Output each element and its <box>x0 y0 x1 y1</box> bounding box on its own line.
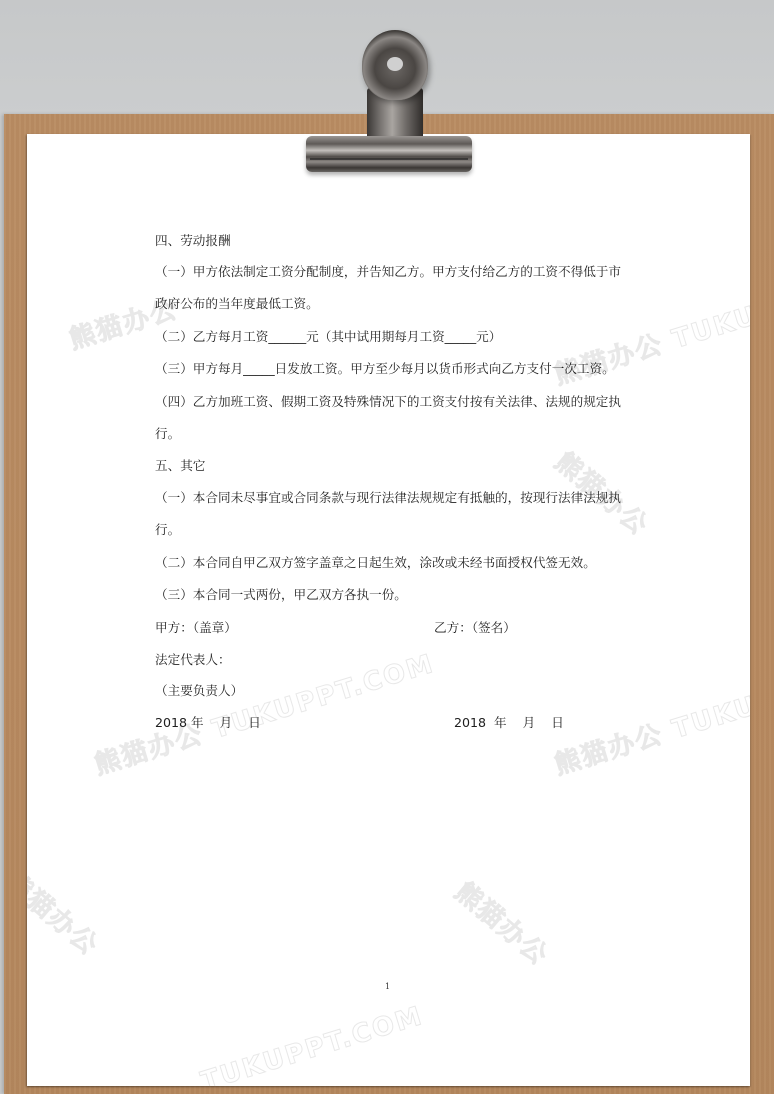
clip-ring-icon <box>362 30 428 100</box>
clip-jaw-seam <box>310 158 468 160</box>
party-a-seal-label: 甲方：（盖章） <box>155 620 237 636</box>
clause-text: 行。 <box>155 426 180 442</box>
clause-text: （二）乙方每月工资______元（其中试用期每月工资_____元） <box>155 329 501 345</box>
party-b-date: 2018 年 月 日 <box>454 715 564 731</box>
watermark: TUKUPPT.COM <box>198 1001 427 1086</box>
clause-text: （二）本合同自甲乙双方签字盖章之日起生效，涂改或未经书面授权代签无效。 <box>155 555 596 571</box>
document-page: 熊猫办公 熊猫办公 TUKUPPT.COM 熊猫办公 TUKUPPT.COM 熊… <box>27 134 750 1086</box>
clause-text: （三）本合同一式两份，甲乙双方各执一份。 <box>155 587 407 603</box>
clause-text: 政府公布的当年度最低工资。 <box>155 296 319 312</box>
binder-clip <box>290 22 490 182</box>
clip-jaw <box>306 136 472 172</box>
section-heading-other: 五、其它 <box>155 458 205 474</box>
watermark: 熊猫办公 <box>27 862 108 962</box>
clause-text: （一）本合同未尽事宜或合同条款与现行法律法规规定有抵触的，按现行法律法规执 <box>155 490 621 506</box>
watermark: 熊猫办公 <box>448 872 558 972</box>
watermark: 熊猫办公 TUKUPPT.COM <box>89 643 438 782</box>
section-heading-remuneration: 四、劳动报酬 <box>155 233 231 249</box>
clip-ring-hole <box>387 57 403 71</box>
clause-text: （三）甲方每月_____日发放工资。甲方至少每月以货币形式向乙方支付一次工资。 <box>155 361 615 377</box>
party-a-date: 2018 年 月 日 <box>155 715 261 731</box>
page-number: 1 <box>385 982 390 991</box>
legal-representative-label: 法定代表人： <box>155 652 231 668</box>
clause-text: （四）乙方加班工资、假期工资及特殊情况下的工资支付按有关法律、法规的规定执 <box>155 394 621 410</box>
principal-label: （主要负责人） <box>155 683 243 699</box>
party-b-signature-label: 乙方：（签名） <box>434 620 516 636</box>
clause-text: （一）甲方依法制定工资分配制度，并告知乙方。甲方支付给乙方的工资不得低于市 <box>155 264 621 280</box>
watermark: 熊猫办公 TUKUPPT.COM <box>549 643 750 782</box>
clause-text: 行。 <box>155 522 180 538</box>
